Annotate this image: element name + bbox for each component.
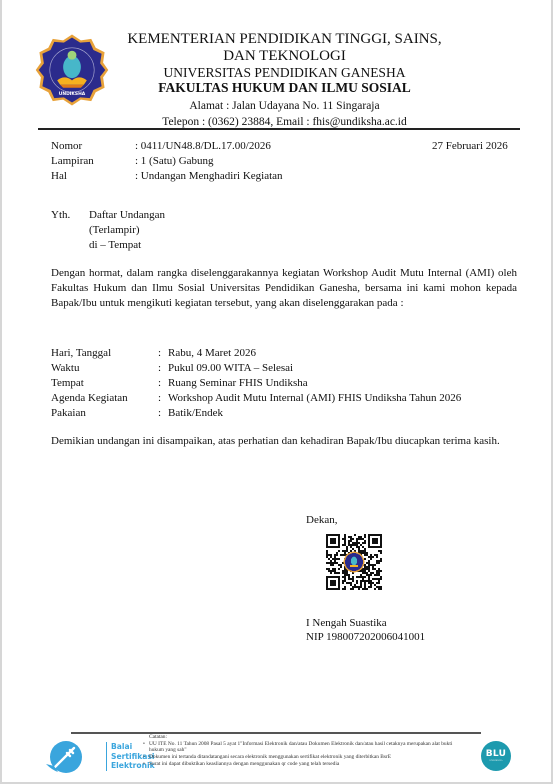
meta-row-attachment: Lampiran : 1 (Satu) Gabung [51, 154, 283, 169]
letter-meta: Nomor : 0411/UN48.8/DL.17.00/2026 Lampir… [51, 139, 283, 184]
address: Alamat : Jalan Udayana No. 11 Singaraja [112, 98, 457, 114]
blu-label: BLU [481, 749, 511, 759]
notes-title: Catatan: [149, 734, 453, 741]
signer-nip: NIP 198007202006041001 [306, 630, 425, 644]
faculty-name: FAKULTAS HUKUM DAN ILMU SOSIAL [112, 80, 457, 96]
university-crest-icon: UNDIKSHA [35, 33, 109, 107]
event-details: Hari, Tanggal:Rabu, 4 Maret 2026 Waktu:P… [51, 346, 461, 421]
signer-block: I Nengah Suastika NIP 198007202006041001 [306, 616, 425, 644]
recipient-block: Yth.Daftar Undangan (Terlampir) di – Tem… [51, 208, 165, 253]
signer-name: I Nengah Suastika [306, 616, 425, 630]
signature-title: Dekan, [306, 514, 337, 528]
detail-separator: : [158, 392, 168, 406]
detail-row: Tempat:Ruang Seminar FHIS Undiksha [51, 376, 461, 391]
detail-label: Agenda Kegiatan [51, 392, 158, 406]
ministry-name-line2: DAN TEKNOLOGI [112, 48, 457, 65]
recipient-line: (Terlampir) [89, 224, 140, 238]
detail-row: Agenda Kegiatan:Workshop Audit Mutu Inte… [51, 391, 461, 406]
note-item: UU ITE No. 11 Tahun 2008 Pasal 5 ayat 1"… [143, 741, 453, 754]
detail-separator: : [158, 377, 168, 391]
detail-label: Waktu [51, 362, 158, 376]
qr-code-icon[interactable] [326, 534, 382, 590]
meta-row-subject: Hal : Undangan Menghadiri Kegiatan [51, 169, 283, 184]
blu-logo-icon: BLU UNDIKSHA [481, 741, 511, 771]
detail-label: Tempat [51, 377, 158, 391]
recipient-prefix: Yth. [51, 209, 75, 223]
bsre-logo-icon [44, 740, 84, 774]
blu-sub: UNDIKSHA [481, 759, 511, 762]
detail-value: Workshop Audit Mutu Internal (AMI) FHIS … [168, 392, 461, 406]
meta-value: : 1 (Satu) Gabung [135, 155, 214, 169]
footer-notes: Catatan: UU ITE No. 11 Tahun 2008 Pasal … [143, 734, 453, 768]
detail-value: Pukul 09.00 WITA – Selesai [168, 362, 293, 376]
detail-separator: : [158, 362, 168, 376]
ministry-name-line1: KEMENTERIAN PENDIDIKAN TINGGI, SAINS, [112, 31, 457, 48]
note-item: Surat ini dapat dibuktikan keasliannya d… [143, 761, 453, 768]
letterhead: KEMENTERIAN PENDIDIKAN TINGGI, SAINS, DA… [112, 31, 457, 130]
meta-label: Lampiran [51, 155, 135, 169]
detail-value: Ruang Seminar FHIS Undiksha [168, 377, 308, 391]
university-name: UNIVERSITAS PENDIDIKAN GANESHA [112, 65, 457, 80]
opening-paragraph: Dengan hormat, dalam rangka diselenggara… [51, 266, 517, 311]
detail-row: Hari, Tanggal:Rabu, 4 Maret 2026 [51, 346, 461, 361]
detail-separator: : [158, 407, 168, 421]
detail-label: Pakaian [51, 407, 158, 421]
note-item: Dokumen ini tertanda ditandatangani seca… [143, 754, 453, 761]
letter-date: 27 Februari 2026 [432, 139, 508, 154]
detail-value: Batik/Endek [168, 407, 223, 421]
svg-text:UNDIKSHA: UNDIKSHA [59, 91, 86, 97]
letterhead-divider [38, 128, 520, 130]
letter-page: UNDIKSHA KEMENTERIAN PENDIDIKAN TINGGI, … [0, 0, 553, 784]
detail-separator: : [158, 347, 168, 361]
recipient-line: Daftar Undangan [89, 209, 165, 223]
detail-value: Rabu, 4 Maret 2026 [168, 347, 256, 361]
meta-value: : Undangan Menghadiri Kegiatan [135, 170, 283, 184]
meta-label: Nomor [51, 140, 135, 154]
recipient-line: di – Tempat [89, 239, 141, 253]
meta-row-number: Nomor : 0411/UN48.8/DL.17.00/2026 [51, 139, 283, 154]
closing-paragraph: Demikian undangan ini disampaikan, atas … [51, 434, 517, 449]
detail-label: Hari, Tanggal [51, 347, 158, 361]
detail-row: Pakaian:Batik/Endek [51, 406, 461, 421]
detail-row: Waktu:Pukul 09.00 WITA – Selesai [51, 361, 461, 376]
meta-label: Hal [51, 170, 135, 184]
meta-value: : 0411/UN48.8/DL.17.00/2026 [135, 140, 271, 154]
